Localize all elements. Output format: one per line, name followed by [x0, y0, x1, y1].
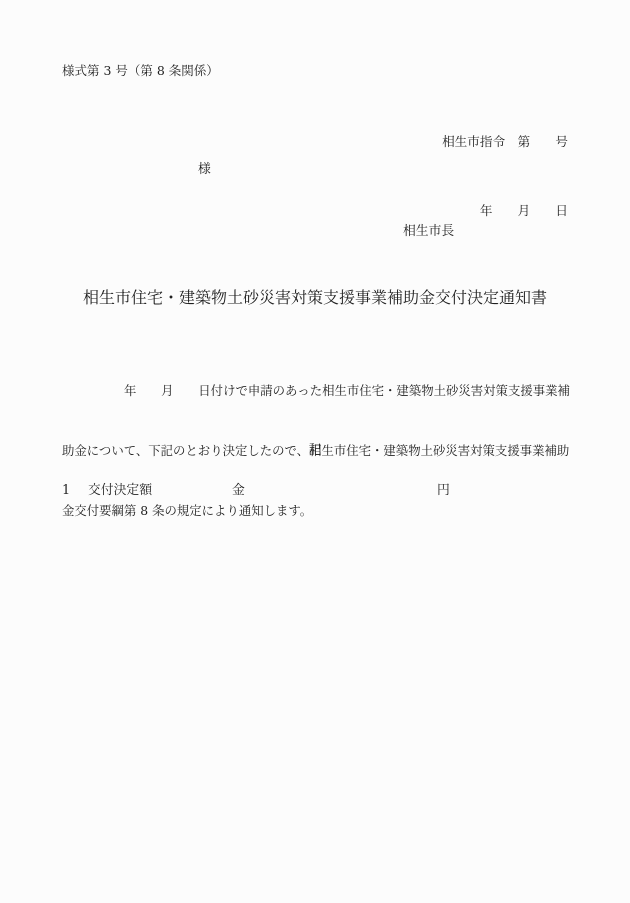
body-paragraph-line-3: 金交付要綱第 8 条の規定により通知します。: [62, 501, 582, 521]
addressee-honorific: 様: [198, 163, 211, 177]
document-page: 様式第 3 号（第 8 条関係） 相生市指令 第 号 年 月 日 様 相生市長 …: [0, 0, 630, 903]
item-label: 交付決定額: [88, 483, 152, 499]
grant-amount-row: 1 交付決定額 金 円: [62, 483, 582, 501]
item-number: 1: [62, 483, 70, 499]
issue-date-line: 年 月 日: [442, 199, 568, 222]
form-number: 様式第 3 号（第 8 条関係）: [62, 64, 219, 78]
amount-prefix: 金: [232, 483, 245, 499]
issue-block: 相生市指令 第 号 年 月 日: [442, 84, 568, 268]
body-paragraph-line-1: 年 月 日付けで申請のあった相生市住宅・建築物土砂災害対策支援事業補: [62, 381, 582, 401]
sender-title: 相生市長: [403, 225, 454, 239]
document-title: 相生市住宅・建築物土砂災害対策支援事業補助金交付決定通知書: [0, 287, 630, 308]
amount-unit: 円: [437, 483, 450, 499]
directive-number-line: 相生市指令 第 号: [442, 130, 568, 153]
record-marker: 記: [0, 443, 630, 458]
